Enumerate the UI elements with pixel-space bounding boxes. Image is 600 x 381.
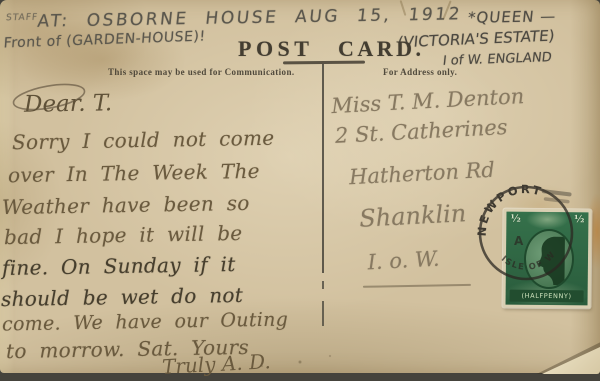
center-divider-line	[322, 64, 324, 273]
annotation-region: I of W. ENGLAND	[442, 50, 552, 69]
address-instruction: For Address only.	[383, 67, 457, 77]
address-recipient: Miss T. M. Denton	[331, 84, 525, 118]
message-line: over In The Week The	[8, 159, 260, 187]
postmark-index-letter: A	[514, 234, 524, 248]
message-line: bad I hope it will be	[4, 221, 243, 249]
scanned-postcard-image: { "annotations": { "staff_label": "STAFF…	[0, 0, 600, 381]
message-line: come. We have our Outing	[2, 309, 289, 336]
communication-instruction: This space may be used for Communication…	[108, 67, 295, 77]
message-signature: Truly A. D.	[161, 349, 271, 379]
message-line: should be wet do not	[1, 283, 244, 311]
cancel-smudge-bar	[542, 189, 572, 197]
center-divider-dash	[322, 281, 324, 289]
message-line: Weather have been so	[2, 191, 250, 219]
stamp-denomination-banner: (HALFPENNY)	[510, 290, 584, 303]
title-underline-rule	[283, 61, 365, 65]
annotation-queen: *QUEEN —	[467, 7, 557, 27]
address-line: I. o. W.	[367, 247, 440, 275]
annotation-location: Front of (GARDEN-HOUSE)!	[3, 28, 206, 51]
postcard: STAFF AT: OSBORNE HOUSE AUG 15, 1912 *QU…	[0, 0, 600, 373]
address-underline	[363, 284, 471, 288]
address-line: Shanklin	[359, 199, 467, 233]
stamp-denomination: (HALFPENNY)	[522, 292, 572, 301]
svg-text:ISLE OF W: ISLE OF W	[499, 249, 558, 272]
annotation-staff: STAFF	[5, 13, 38, 24]
printed-title-card: CARD.	[338, 36, 425, 62]
newport-postmark: NEWPORT ISLE OF W A	[474, 181, 578, 285]
svg-text:NEWPORT: NEWPORT	[475, 182, 545, 237]
postmark-town: NEWPORT	[475, 182, 545, 237]
annotation-headline: AT: OSBORNE HOUSE AUG 15, 1912	[37, 4, 463, 31]
message-salutation: Dear. T.	[24, 90, 113, 118]
address-line: 2 St. Catherines	[334, 115, 508, 148]
postmark-county: ISLE OF W	[499, 249, 558, 272]
center-divider-dash	[322, 301, 324, 326]
message-line: Sorry I could not come	[12, 126, 275, 155]
message-line: fine. On Sunday if it	[2, 252, 236, 280]
printed-title-post: POST	[238, 36, 313, 62]
